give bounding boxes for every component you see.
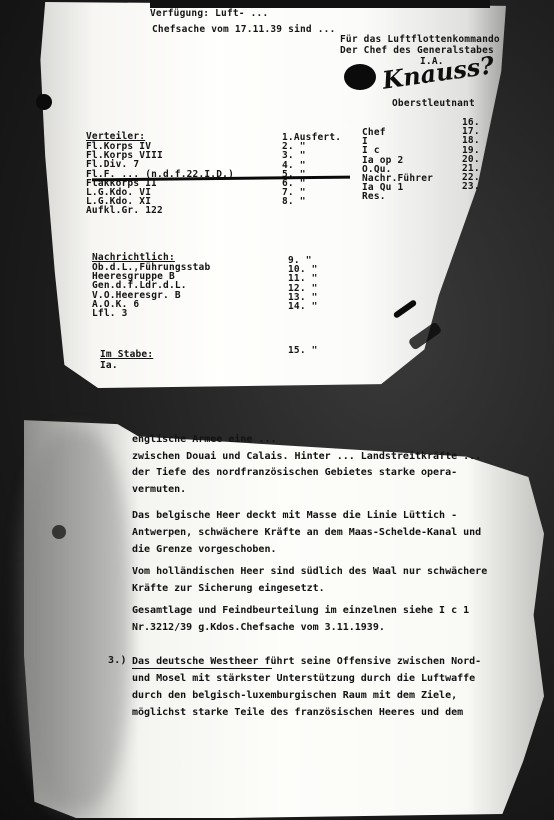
- copy-number: 14. ": [288, 302, 318, 311]
- body-line: Antwerpen, schwächere Kräfte an dem Maas…: [132, 527, 481, 538]
- for-info-recipients: Ob.d.L.,Führungsstab Heeresgruppe B Gen.…: [92, 263, 210, 318]
- signature-line-1: Für das Luftflottenkommando: [340, 34, 500, 45]
- body-line: durch den belgisch-luxemburgischen Raum …: [132, 690, 457, 701]
- distribution-internal: Chef I I c Ia op 2 O.Qu. Nachr.Führer Ia…: [362, 128, 433, 202]
- copy-number: 23.: [462, 182, 480, 191]
- body-line: Das belgische Heer deckt mit Masse die L…: [132, 510, 457, 521]
- copy-number: 8. ": [282, 197, 341, 206]
- recipient: Aufkl.Gr. 122: [86, 206, 234, 215]
- section-marker: 3.): [108, 655, 127, 666]
- body-line: englische Armee eine ...: [132, 434, 277, 445]
- distribution-copies: 1.Ausfert. 2. " 3. " 4. " 5. " 6. " 7. "…: [282, 133, 341, 207]
- staff-copy-number: 15. ": [288, 345, 318, 356]
- punch-hole: [52, 525, 66, 539]
- for-info-copies: 9. " 10. " 11. " 12. " 13. " 14. ": [288, 256, 318, 311]
- body-line: der Tiefe des nordfranzösischen Gebietes…: [132, 467, 457, 478]
- recipient: Lfl. 3: [92, 309, 210, 318]
- ink-blot: [344, 64, 376, 90]
- body-line: Nr.3212/39 g.Kdos.Chefsache vom 3.11.193…: [132, 622, 385, 633]
- distribution-right-numbers: 16. 17. 18. 19. 20. 21. 22. 23.: [462, 118, 480, 192]
- header-line-1: Verfügung: Luft- ...: [150, 8, 268, 19]
- body-line: vermuten.: [132, 484, 186, 495]
- internal-recipient: Chef: [362, 128, 433, 137]
- signature-rank: Oberstleutnant: [392, 98, 475, 109]
- body-line: die Grenze vorgeschoben.: [132, 544, 277, 555]
- body-line: Kräfte zur Sicherung eingesetzt.: [132, 583, 325, 594]
- internal-recipient: Res.: [362, 192, 433, 201]
- body-line: möglichst starke Teile des französischen…: [132, 707, 463, 718]
- body-line: Gesamtlage und Feindbeurteilung im einze…: [132, 605, 469, 616]
- body-line: Vom holländischen Heer sind südlich des …: [132, 566, 487, 577]
- body-line: zwischen Douai und Calais. Hinter ... La…: [132, 451, 481, 462]
- torn-edge-shadow: [150, 0, 490, 8]
- shadow-haze: [20, 430, 130, 810]
- punch-hole: [36, 94, 52, 110]
- staff-item: Ia.: [100, 360, 118, 371]
- underline: [132, 668, 272, 669]
- staff-heading: Im Stabe:: [100, 349, 153, 360]
- body-line: und Mosel mit stärkster Unterstützung du…: [132, 673, 475, 684]
- body-line: Das deutsche Westheer führt seine Offens…: [132, 656, 481, 667]
- header-line-2: Chefsache vom 17.11.39 sind ...: [152, 24, 336, 35]
